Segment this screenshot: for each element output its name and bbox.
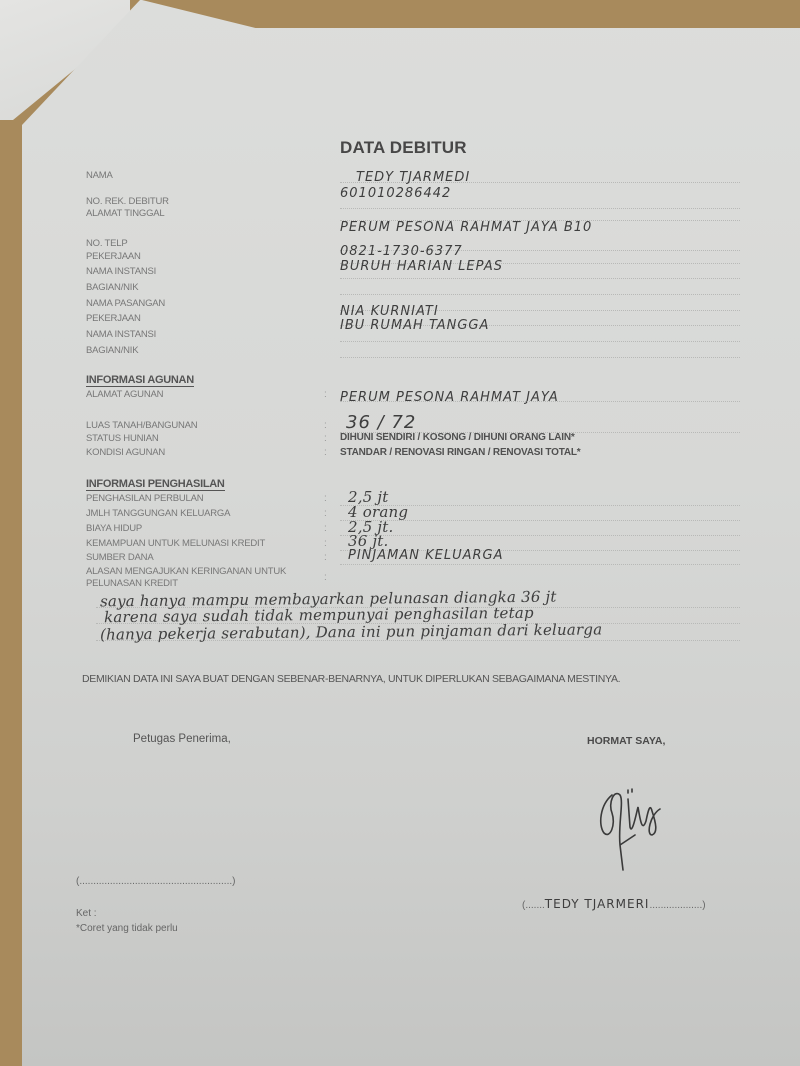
document-title: DATA DEBITUR <box>340 138 467 158</box>
collateral-value: 36 / 72 <box>346 412 416 433</box>
debtor-signature <box>590 775 680 875</box>
field-label: PEKERJAAN <box>86 313 141 324</box>
note-text: *Coret yang tidak perlu <box>76 923 178 934</box>
collateral-label: LUAS TANAH/BANGUNAN <box>86 420 197 431</box>
field-label: PEKERJAAN <box>86 251 141 262</box>
field-value: TEDY TJARMEDI <box>356 170 470 185</box>
colon: : <box>324 572 327 583</box>
colon: : <box>324 447 327 458</box>
reason-label: ALASAN MENGAJUKAN KERINGANAN UNTUK <box>86 566 286 577</box>
officer-heading: Petugas Penerima, <box>133 733 231 745</box>
income-heading: INFORMASI PENGHASILAN <box>86 478 225 491</box>
line-close: ...................) <box>649 900 705 911</box>
line-open: (....... <box>522 900 545 911</box>
colon: : <box>324 420 327 431</box>
income-label: SUMBER DANA <box>86 552 153 563</box>
fill-line <box>340 208 740 209</box>
colon: : <box>324 552 327 563</box>
debtor-printed-name: TEDY TJARMERI <box>545 897 650 911</box>
fill-line <box>340 401 740 402</box>
field-label: ALAMAT TINGGAL <box>86 208 165 219</box>
note-label: Ket : <box>76 908 97 919</box>
field-label: BAGIAN/NIK <box>86 282 138 293</box>
fill-line <box>340 535 740 536</box>
declaration-statement: DEMIKIAN DATA INI SAYA BUAT DENGAN SEBEN… <box>82 673 620 685</box>
fill-line <box>340 278 740 279</box>
income-label: JMLH TANGGUNGAN KELUARGA <box>86 508 230 519</box>
field-label: BAGIAN/NIK <box>86 345 138 356</box>
field-label: NAMA <box>86 170 113 181</box>
field-value: 0821-1730-6377 <box>340 244 463 259</box>
field-value: IBU RUMAH TANGGA <box>340 318 489 333</box>
field-label: NAMA INSTANSI <box>86 266 156 277</box>
income-label: BIAYA HIDUP <box>86 523 142 534</box>
field-label: NAMA PASANGAN <box>86 298 165 309</box>
collateral-heading: INFORMASI AGUNAN <box>86 374 194 387</box>
income-label: KEMAMPUAN UNTUK MELUNASI KREDIT <box>86 538 265 549</box>
officer-signature-line: (.......................................… <box>76 876 235 887</box>
colon: : <box>324 508 327 519</box>
colon: : <box>324 493 327 504</box>
debtor-heading: HORMAT SAYA, <box>587 735 665 747</box>
collateral-value: PERUM PESONA RAHMAT JAYA <box>340 390 559 405</box>
fill-line <box>340 357 740 358</box>
field-label: NO. TELP <box>86 238 128 249</box>
collateral-label: ALAMAT AGUNAN <box>86 389 163 400</box>
colon: : <box>324 523 327 534</box>
collateral-label: KONDISI AGUNAN <box>86 447 165 458</box>
collateral-option-text: STANDAR / RENOVASI RINGAN / RENOVASI TOT… <box>340 447 581 458</box>
reason-label-cont: PELUNASAN KREDIT <box>86 578 178 589</box>
collateral-label: STATUS HUNIAN <box>86 433 159 444</box>
field-value: NIA KURNIATI <box>340 304 439 319</box>
colon: : <box>324 538 327 549</box>
debtor-signature-line: (.......TEDY TJARMERI...................… <box>522 897 706 911</box>
field-label: NO. REK. DEBITUR <box>86 196 169 207</box>
colon: : <box>324 433 327 444</box>
fill-line <box>340 341 740 342</box>
fill-line <box>340 294 740 295</box>
income-value: PINJAMAN KELUARGA <box>348 548 503 563</box>
document-content: DATA DEBITUR NAMATEDY TJARMEDINO. REK. D… <box>0 0 800 1066</box>
collateral-option-text: DIHUNI SENDIRI / KOSONG / DIHUNI ORANG L… <box>340 432 575 443</box>
income-label: PENGHASILAN PERBULAN <box>86 493 203 504</box>
field-value: PERUM PESONA RAHMAT JAYA B10 <box>340 220 592 235</box>
field-value: 601010286442 <box>340 186 451 201</box>
field-label: NAMA INSTANSI <box>86 329 156 340</box>
colon: : <box>324 389 327 400</box>
fill-line <box>340 564 740 565</box>
field-value: BURUH HARIAN LEPAS <box>340 259 503 274</box>
